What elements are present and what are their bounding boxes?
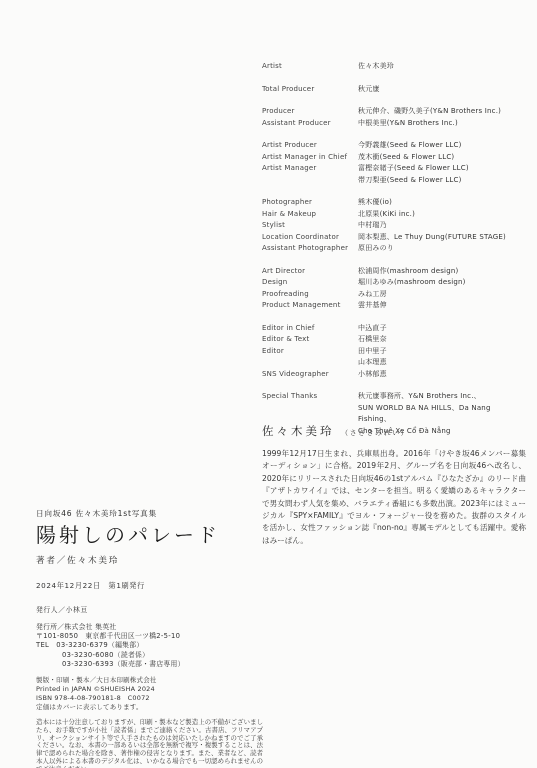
credit-label: Design: [262, 277, 358, 289]
credit-row: Total Producer秋元康: [262, 84, 524, 96]
profile-heading: 佐々木美玲 （ささきみれい）: [262, 423, 526, 439]
credit-group: Total Producer秋元康: [262, 84, 524, 96]
colophon-column: 日向坂46 佐々木美玲1st写真集 陽射しのパレード 著者／佐々木美玲 2024…: [36, 508, 263, 768]
credit-label: Editor: [262, 346, 358, 358]
credit-label: SNS Videographer: [262, 369, 358, 381]
credit-values: 小林郁恵: [358, 369, 524, 381]
print-line: 定価はカバーに表示してあります。: [36, 703, 263, 712]
credit-values: 田中里子山本理恵: [358, 346, 524, 369]
profile-furigana: （ささきみれい）: [341, 429, 409, 437]
credit-value: 堀川あゆみ(mashroom design): [358, 277, 524, 289]
credit-row: Artist佐々木美玲: [262, 61, 524, 73]
publisher-line: 03-3230-6080（読者係）: [36, 651, 263, 660]
credit-label: Assistant Photographer: [262, 243, 358, 255]
credit-group: Artist Producer今野義雄(Seed & Flower LLC)Ar…: [262, 140, 524, 186]
credit-value: 原田みのり: [358, 243, 524, 255]
credit-row: Art Director松浦周作(mashroom design): [262, 266, 524, 278]
credit-values: 秋元伸介、磯野久美子(Y&N Brothers Inc.): [358, 106, 524, 118]
credit-label: Product Management: [262, 300, 358, 312]
credit-label: Proofreading: [262, 289, 358, 301]
print-line: Printed in JAPAN ©SHUEISHA 2024: [36, 685, 263, 694]
credit-row: Assistant Producer中根美里(Y&N Brothers Inc.…: [262, 118, 524, 130]
credit-values: 茂木衝(Seed & Flower LLC): [358, 152, 524, 164]
credit-values: 中村瑞乃: [358, 220, 524, 232]
credit-value: 秋元康: [358, 84, 524, 96]
credit-value: 秋元伸介、磯野久美子(Y&N Brothers Inc.): [358, 106, 524, 118]
colophon-page: Artist佐々木美玲Total Producer秋元康Producer秋元伸介…: [0, 0, 537, 768]
credit-values: 原田みのり: [358, 243, 524, 255]
credit-value: 中込直子: [358, 323, 524, 335]
credit-value: 岡本梨恵、Le Thuy Dung(FUTURE STAGE): [358, 232, 524, 244]
credit-row: Editor & Text石橋里奈: [262, 334, 524, 346]
credit-value: 小林郁恵: [358, 369, 524, 381]
publisher-person: 発行人／小林亘: [36, 604, 263, 614]
credit-row: Hair & Makeup北原果(KiKi inc.): [262, 209, 524, 221]
credit-group: Art Director松浦周作(mashroom design)Design堀…: [262, 266, 524, 312]
author-line: 著者／佐々木美玲: [36, 554, 263, 566]
publisher-line: 03-3230-6393（販売部・書店専用）: [36, 660, 263, 669]
credit-values: 富樫奈緒子(Seed & Flower LLC)帯刀梨亜(Seed & Flow…: [358, 163, 524, 186]
credit-values: 北原果(KiKi inc.): [358, 209, 524, 221]
credit-value: 佐々木美玲: [358, 61, 524, 73]
credit-row: Proofreadingみね工房: [262, 289, 524, 301]
print-line: 製版・印刷・製本／大日本印刷株式会社: [36, 676, 263, 685]
credit-value: 中根美里(Y&N Brothers Inc.): [358, 118, 524, 130]
credit-value: 今野義雄(Seed & Flower LLC): [358, 140, 524, 152]
credit-values: 佐々木美玲: [358, 61, 524, 73]
credit-values: 秋元康: [358, 84, 524, 96]
credit-values: 岡本梨恵、Le Thuy Dung(FUTURE STAGE): [358, 232, 524, 244]
credit-label: Hair & Makeup: [262, 209, 358, 221]
credit-row: Assistant Photographer原田みのり: [262, 243, 524, 255]
credit-label: Artist Manager in Chief: [262, 152, 358, 164]
credit-values: 堀川あゆみ(mashroom design): [358, 277, 524, 289]
publisher-line: TEL 03-3230-6379（編集部）: [36, 641, 263, 650]
credit-values: 石橋里奈: [358, 334, 524, 346]
credit-label: Producer: [262, 106, 358, 118]
credit-label: Editor & Text: [262, 334, 358, 346]
credit-row: Producer秋元伸介、磯野久美子(Y&N Brothers Inc.): [262, 106, 524, 118]
book-series-label: 日向坂46 佐々木美玲1st写真集: [36, 508, 263, 519]
credit-value: 帯刀梨亜(Seed & Flower LLC): [358, 175, 524, 187]
credit-label: Artist: [262, 61, 358, 73]
credit-row: Product Management雲井基伸: [262, 300, 524, 312]
print-line: ISBN 978-4-08-790181-8 C0072: [36, 694, 263, 703]
credit-row: Photographer熊木優(io): [262, 197, 524, 209]
credits-section: Artist佐々木美玲Total Producer秋元康Producer秋元伸介…: [262, 61, 524, 448]
credit-values: 中込直子: [358, 323, 524, 335]
book-title: 陽射しのパレード: [36, 522, 263, 548]
credit-label: Artist Producer: [262, 140, 358, 152]
credit-row: Editor in Chief中込直子: [262, 323, 524, 335]
credit-label: Photographer: [262, 197, 358, 209]
credit-value: 中村瑞乃: [358, 220, 524, 232]
credit-value: 富樫奈緒子(Seed & Flower LLC): [358, 163, 524, 175]
credit-value: みね工房: [358, 289, 524, 301]
credit-values: 今野義雄(Seed & Flower LLC): [358, 140, 524, 152]
credit-row: Stylist中村瑞乃: [262, 220, 524, 232]
credit-value: 山本理恵: [358, 357, 524, 369]
credit-value: 北原果(KiKi inc.): [358, 209, 524, 221]
credit-value: 田中里子: [358, 346, 524, 358]
edition-line: 2024年12月22日 第1刷発行: [36, 581, 263, 591]
credit-row: Location Coordinator岡本梨恵、Le Thuy Dung(FU…: [262, 232, 524, 244]
profile-bio: 1999年12月17日生まれ、兵庫県出身。2016年「けやき坂46メンバー募集オ…: [262, 448, 526, 547]
credit-label: Editor in Chief: [262, 323, 358, 335]
credit-row: Artist Manager in Chief茂木衝(Seed & Flower…: [262, 152, 524, 164]
credit-value: 秋元康事務所、Y&N Brothers Inc.、: [358, 391, 524, 403]
credit-group: Producer秋元伸介、磯野久美子(Y&N Brothers Inc.)Ass…: [262, 106, 524, 129]
credit-value: 松浦周作(mashroom design): [358, 266, 524, 278]
credit-label: Assistant Producer: [262, 118, 358, 130]
credit-row: Design堀川あゆみ(mashroom design): [262, 277, 524, 289]
credit-values: 松浦周作(mashroom design): [358, 266, 524, 278]
credit-label: Special Thanks: [262, 391, 358, 403]
credit-value: 茂木衝(Seed & Flower LLC): [358, 152, 524, 164]
credit-label: Artist Manager: [262, 163, 358, 175]
credit-values: みね工房: [358, 289, 524, 301]
publisher-line: 発行所／株式会社 集英社: [36, 623, 263, 632]
credit-row: Editor田中里子山本理恵: [262, 346, 524, 369]
credit-group: Editor in Chief中込直子Editor & Text石橋里奈Edit…: [262, 323, 524, 381]
publisher-block: 発行所／株式会社 集英社〒101-8050 東京都千代田区一ツ橋2-5-10TE…: [36, 623, 263, 669]
credit-values: 雲井基伸: [358, 300, 524, 312]
credit-value: 雲井基伸: [358, 300, 524, 312]
credit-row: Artist Producer今野義雄(Seed & Flower LLC): [262, 140, 524, 152]
credit-label: Location Coordinator: [262, 232, 358, 244]
credit-label: Art Director: [262, 266, 358, 278]
credit-row: SNS Videographer小林郁恵: [262, 369, 524, 381]
credit-value: 石橋里奈: [358, 334, 524, 346]
print-block: 製版・印刷・製本／大日本印刷株式会社Printed in JAPAN ©SHUE…: [36, 676, 263, 712]
profile-name: 佐々木美玲: [262, 424, 335, 438]
credit-label: Total Producer: [262, 84, 358, 96]
credit-group: Artist佐々木美玲: [262, 61, 524, 73]
credit-group: Photographer熊木優(io)Hair & Makeup北原果(KiKi…: [262, 197, 524, 255]
profile-section: 佐々木美玲 （ささきみれい） 1999年12月17日生まれ、兵庫県出身。2016…: [262, 423, 526, 547]
credit-values: 熊木優(io): [358, 197, 524, 209]
legal-text: 造本には十分注意しておりますが、印刷・製本など製造上の不備がございましたら、お手…: [36, 719, 263, 768]
credit-row: Artist Manager富樫奈緒子(Seed & Flower LLC)帯刀…: [262, 163, 524, 186]
credit-label: Stylist: [262, 220, 358, 232]
credit-value: 熊木優(io): [358, 197, 524, 209]
credit-values: 中根美里(Y&N Brothers Inc.): [358, 118, 524, 130]
